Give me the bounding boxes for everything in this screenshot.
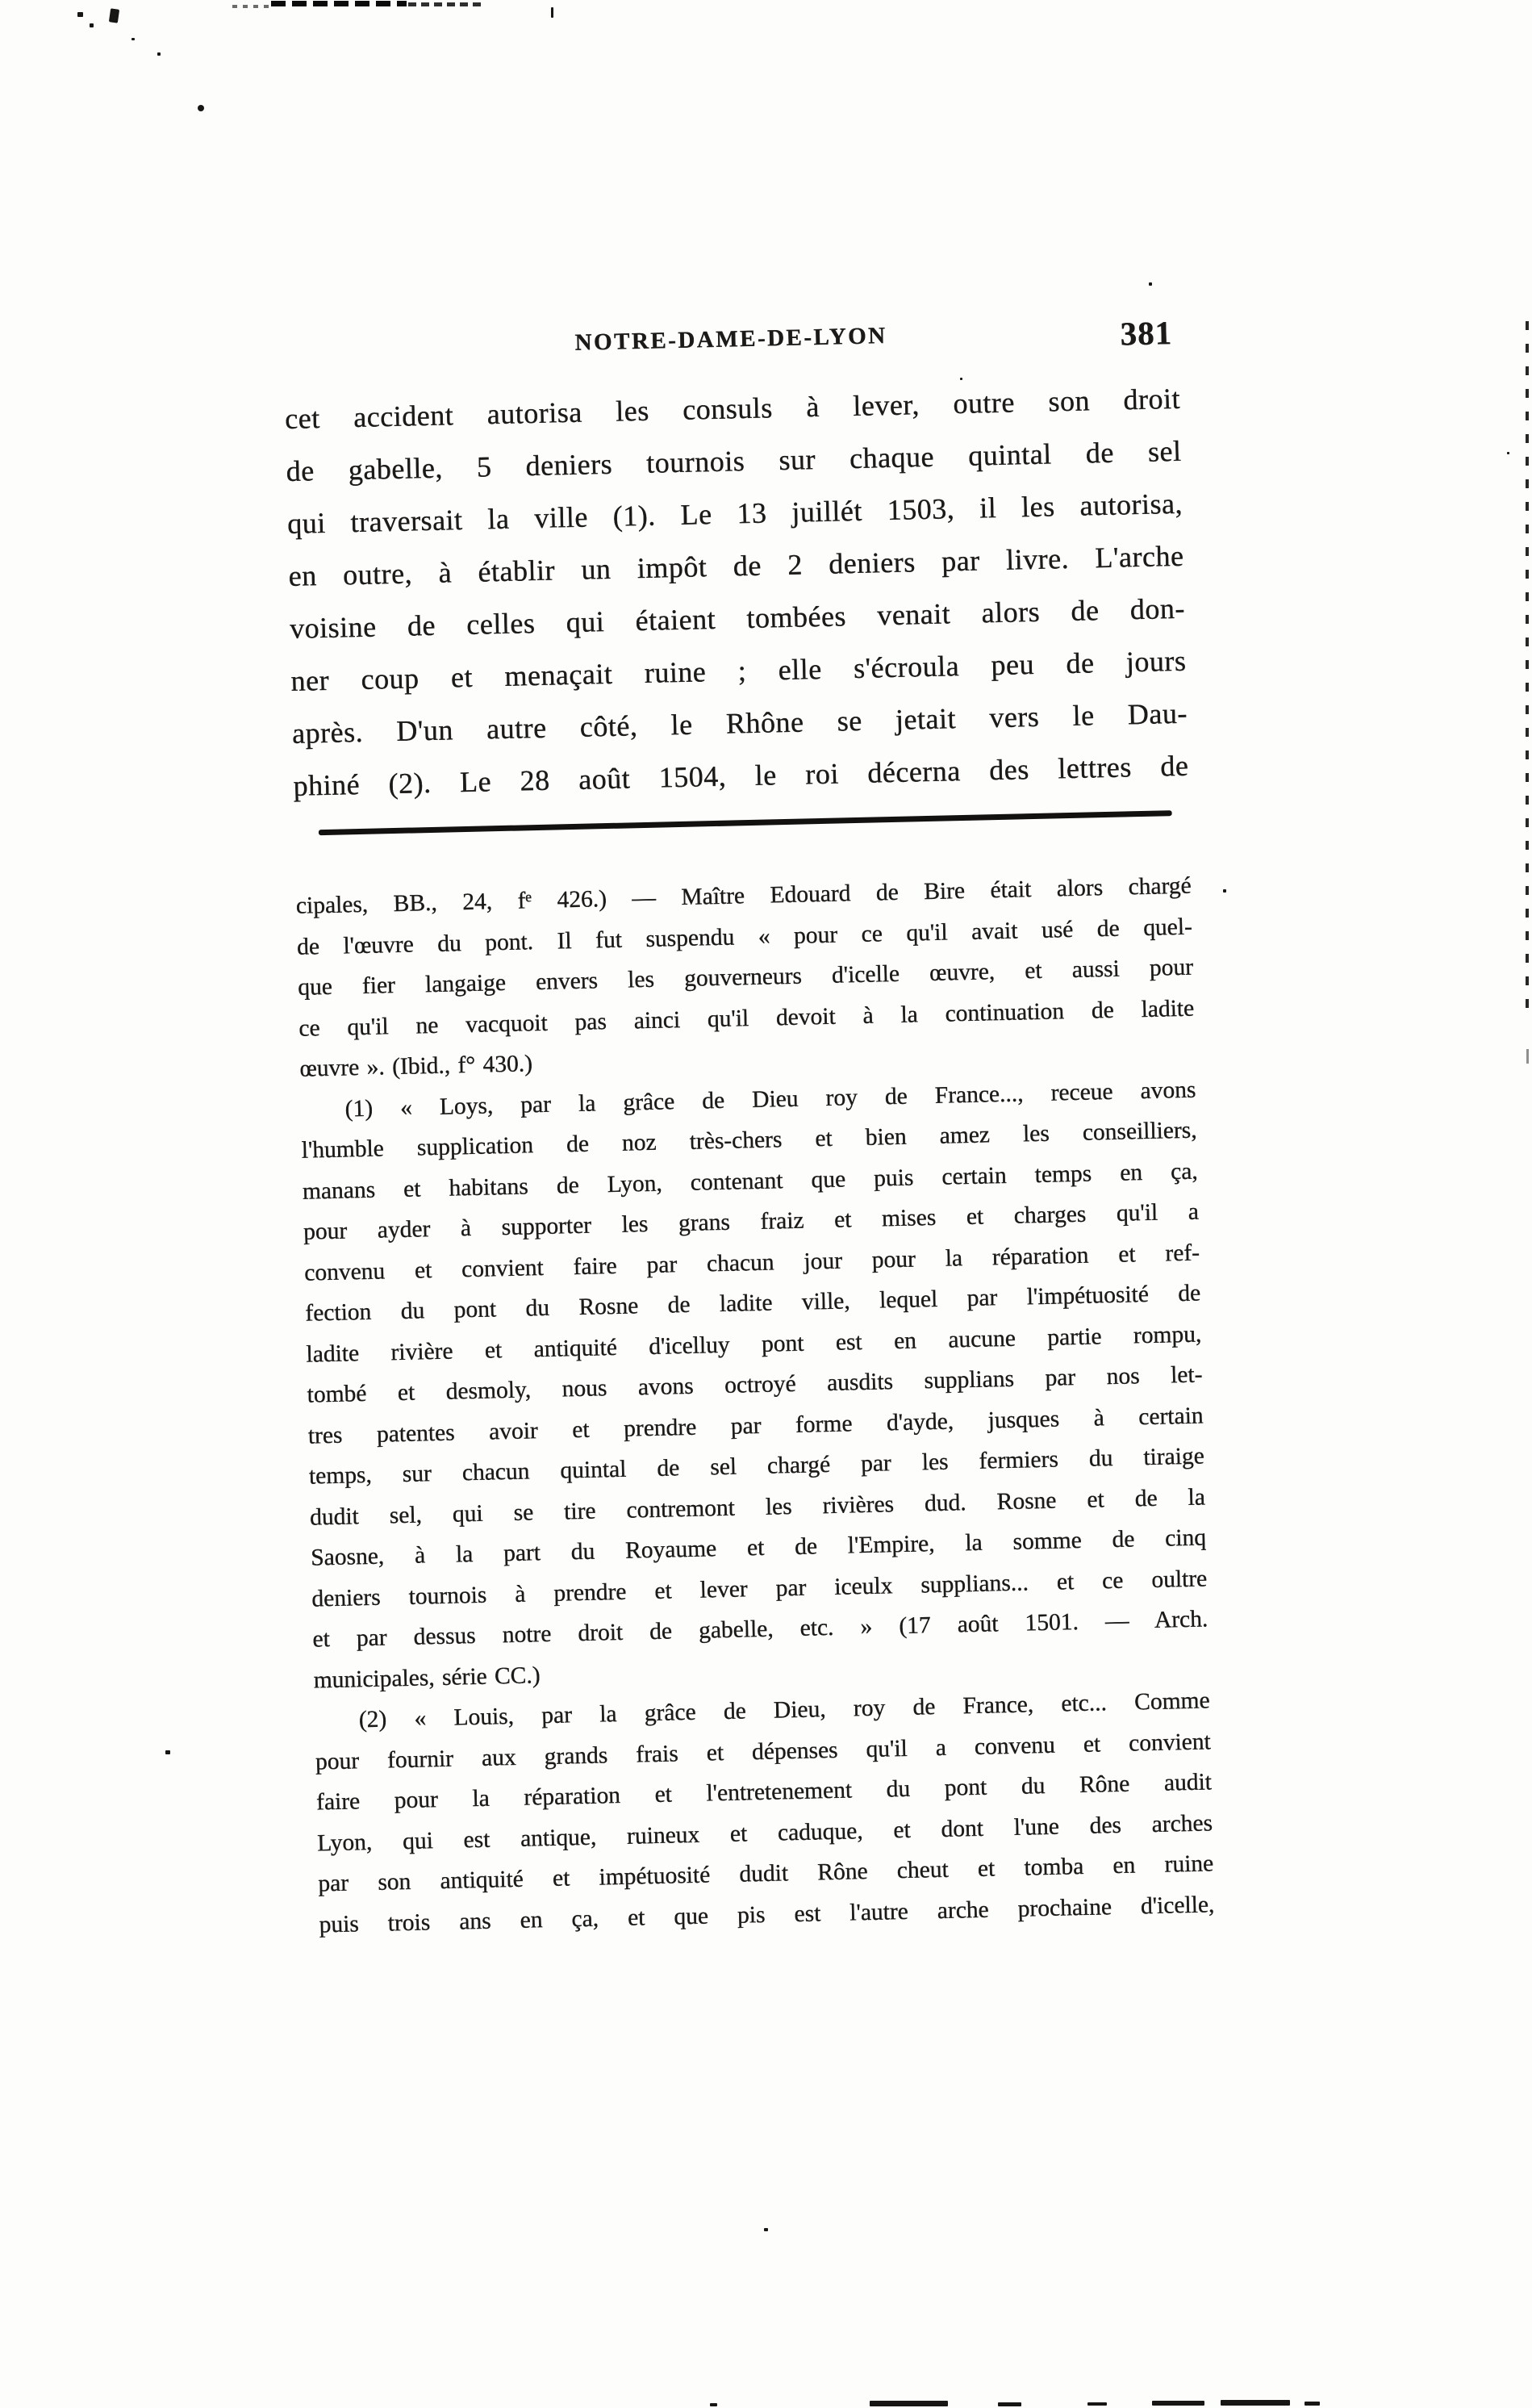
top-edge-smudge: [271, 1, 407, 6]
ink-speck: [90, 23, 94, 27]
page-edge-line: [1526, 321, 1529, 1022]
top-edge-smudge: [232, 5, 269, 8]
ink-speck: [157, 52, 161, 56]
footnote-continuation: cipales, BB., 24, fᵉ 426.) — Maître Edou…: [295, 866, 1195, 1090]
ink-speck: [960, 378, 962, 380]
bottom-edge-mark: [1304, 2402, 1320, 2406]
top-edge-smudge: [408, 2, 482, 6]
ink-speck: [165, 1750, 170, 1754]
ink-speck: [551, 7, 553, 18]
bottom-edge-mark: [870, 2401, 948, 2406]
ink-speck: [1223, 889, 1226, 893]
ink-speck: [1149, 282, 1152, 286]
footnote-1: (1) « Loys, par la grâce de Dieu roy de …: [300, 1069, 1209, 1700]
bottom-edge-mark: [710, 2403, 717, 2406]
footnotes: cipales, BB., 24, fᵉ 426.) — Maître Edou…: [295, 866, 1215, 1946]
ink-speck: [77, 12, 83, 17]
bottom-edge-mark: [1087, 2402, 1107, 2406]
bottom-edge-mark: [998, 2402, 1021, 2406]
bottom-edge-mark: [1221, 2400, 1290, 2406]
page-header: NOTRE-DAME-DE-LYON 381: [282, 282, 1179, 364]
page-number: 381: [1120, 313, 1173, 353]
ink-speck: [198, 105, 204, 111]
page-edge-line: [1526, 1049, 1529, 1064]
ink-speck: [764, 2228, 768, 2231]
scanned-page: NOTRE-DAME-DE-LYON 381 cet accident auto…: [282, 282, 1215, 1946]
footnote-separator: [319, 810, 1172, 835]
bottom-edge-mark: [1152, 2401, 1204, 2406]
ink-speck: [131, 38, 135, 40]
ink-speck: [1507, 452, 1509, 454]
running-header: NOTRE-DAME-DE-LYON: [282, 282, 1179, 363]
footnote-2: (2) « Louis, par la grâce de Dieu, roy d…: [314, 1680, 1215, 1945]
body-text-paragraph: cet accident autorisa les consuls à leve…: [285, 373, 1190, 813]
ink-speck: [109, 8, 119, 23]
